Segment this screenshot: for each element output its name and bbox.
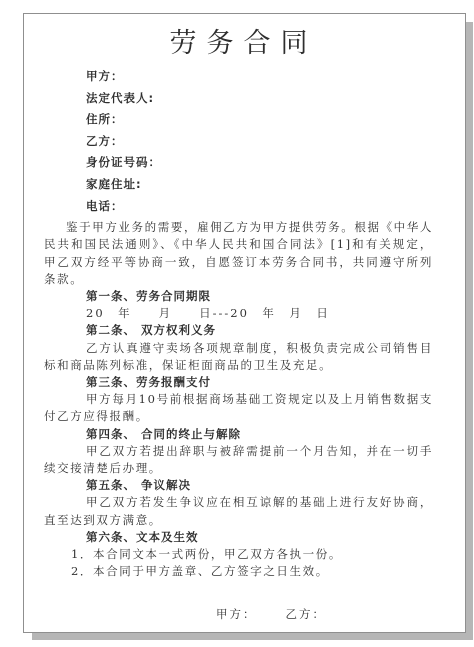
article-1: 第一条、劳务合同期限 20 年 月 日---20 年 月 日 bbox=[44, 288, 433, 322]
field-id-number: 身份证号码： bbox=[86, 152, 433, 174]
article-5: 第五条、 争议解决 甲乙双方若发生争议应在相互谅解的基础上进行友好协商，直至达到… bbox=[44, 477, 433, 529]
article-4: 第四条、 合同的终止与解除 甲乙双方若提出辞职与被辞需提前一个月告知，并在一切手… bbox=[44, 426, 433, 478]
article-5-body: 甲乙双方若发生争议应在相互谅解的基础上进行友好协商，直至达到双方满意。 bbox=[44, 494, 433, 528]
article-6: 第六条、文本及生效 1．本合同文本一式两份，甲乙双方各执一份。 2．本合同于甲方… bbox=[44, 529, 433, 581]
article-1-term-dates: 20 年 月 日---20 年 月 日 bbox=[86, 305, 433, 322]
article-3-heading: 第三条、劳务报酬支付 bbox=[86, 374, 433, 391]
article-2-heading: 第二条、 双方权利义务 bbox=[86, 322, 433, 339]
contract-page: 劳务合同 甲方： 法定代表人: 住所： 乙方： 身份证号码： 家庭住址: 电话：… bbox=[23, 13, 466, 633]
article-3-body: 甲方每月10号前根据商场基础工资规定以及上月销售数据支付乙方应得报酬。 bbox=[44, 391, 433, 425]
contract-title: 劳务合同 bbox=[44, 26, 433, 62]
article-4-heading: 第四条、 合同的终止与解除 bbox=[86, 426, 433, 443]
article-6-item-1: 1．本合同文本一式两份，甲乙双方各执一份。 bbox=[44, 546, 433, 563]
field-home-address: 家庭住址: bbox=[86, 174, 433, 196]
field-legal-representative: 法定代表人: bbox=[86, 88, 433, 110]
article-3: 第三条、劳务报酬支付 甲方每月10号前根据商场基础工资规定以及上月销售数据支付乙… bbox=[44, 374, 433, 426]
article-1-heading: 第一条、劳务合同期限 bbox=[86, 288, 433, 305]
signature-parties-row: 甲方：乙方： bbox=[44, 606, 433, 623]
signature-party-a-label: 甲方： bbox=[216, 607, 257, 621]
party-fields: 甲方： 法定代表人: 住所： 乙方： 身份证号码： 家庭住址: 电话： bbox=[44, 66, 433, 217]
contract-preamble: 鉴于甲方业务的需要，雇佣乙方为甲方提供劳务。根据《中华人民共和国民法通则》、《中… bbox=[44, 219, 433, 288]
article-2-body: 乙方认真遵守卖场各项规章制度，积极负责完成公司销售目标和商品陈列标准，保证柜面商… bbox=[44, 340, 433, 374]
field-party-a: 甲方： bbox=[86, 66, 433, 88]
signature-party-b-label: 乙方： bbox=[286, 607, 327, 621]
field-phone: 电话： bbox=[86, 196, 433, 218]
article-6-item-2: 2．本合同于甲方盖章、乙方签字之日生效。 bbox=[44, 563, 433, 580]
article-6-heading: 第六条、文本及生效 bbox=[86, 529, 433, 546]
article-2: 第二条、 双方权利义务 乙方认真遵守卖场各项规章制度，积极负责完成公司销售目标和… bbox=[44, 322, 433, 374]
field-party-b: 乙方： bbox=[86, 131, 433, 153]
article-5-heading: 第五条、 争议解决 bbox=[86, 477, 433, 494]
article-4-body: 甲乙双方若提出辞职与被辞需提前一个月告知，并在一切手续交接清楚后办理。 bbox=[44, 443, 433, 477]
field-residence: 住所： bbox=[86, 109, 433, 131]
